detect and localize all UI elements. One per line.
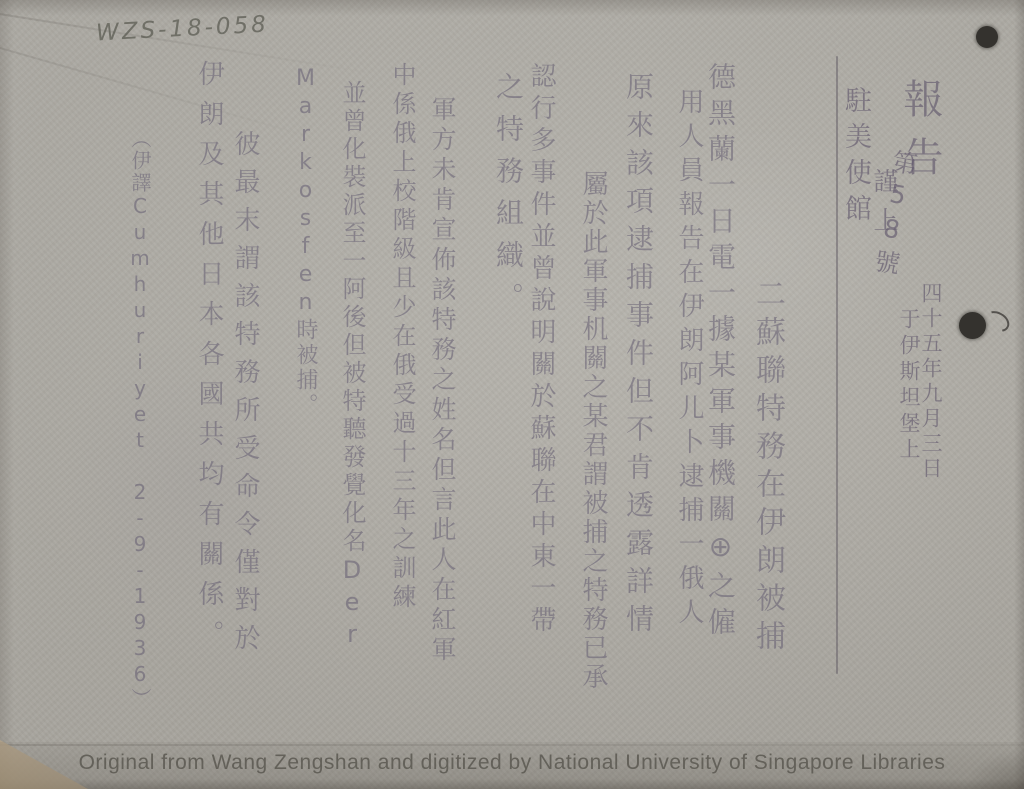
manuscript-column: 二蘇聯特務在伊朗被捕 [752,278,782,658]
manuscript-column: 德黑蘭一日電一據某軍事機關⊕之僱 [706,62,734,643]
salutation: 謹上 [872,168,897,246]
manuscript-column: 屬於此軍事机關之某君謂被捕之特務已承 [580,170,606,692]
manuscript-column: 之特務組織。 [494,72,522,324]
paper-edge-shadow-left [0,0,14,789]
paper-edge-shadow-top [0,0,1024,16]
manuscript-column: 軍方未肯宣佈該特務之姓名但言此人在紅軍 [430,96,455,666]
report-date: 四十五年九月三日 [920,282,941,482]
catalog-number: WZS-18-058 [95,11,269,46]
manuscript-column: 原來該項逮捕事件但不肯透露詳情 [624,72,652,642]
scanned-manuscript-page: WZS-18-058 報告 第58號 謹上 駐美使館 四十五年九月三日 于伊斯坦… [0,0,1024,789]
place-signature: 于伊斯坦堡上 [898,308,919,464]
manuscript-column: 用人員報告在伊朗阿儿卜逮捕一俄人 [676,88,702,632]
manuscript-column: 並曾化裝派至一阿後但被特聽發覺化名Der [340,80,364,652]
manuscript-column: 彼最末謂該特務所受命令僅對於 [232,130,258,662]
watermark-text: Original from Wang Zengshan and digitize… [0,751,1024,775]
margin-rule-line [836,56,838,674]
manuscript-column-citation: （伊譯Cumhuriyet 2-9-1936） [130,128,150,710]
paper-edge-shadow-right [1014,0,1024,789]
manuscript-column: 伊朗及其他日本各國共均有關係。 [196,60,222,660]
office-name: 駐美使館 [842,86,869,230]
manuscript-column: Markosfen時被捕。 [294,66,316,418]
manuscript-column: 中係俄上校階級且少在俄受過十三年之訓練 [390,62,414,613]
punch-hole-pen-loop [981,307,1013,336]
paper-stain [60,330,320,630]
punch-hole-middle [959,312,986,339]
punch-hole-top [976,26,998,48]
manuscript-column: 認行多事件並曾說明關於蘇聯在中東一帶 [528,62,554,638]
